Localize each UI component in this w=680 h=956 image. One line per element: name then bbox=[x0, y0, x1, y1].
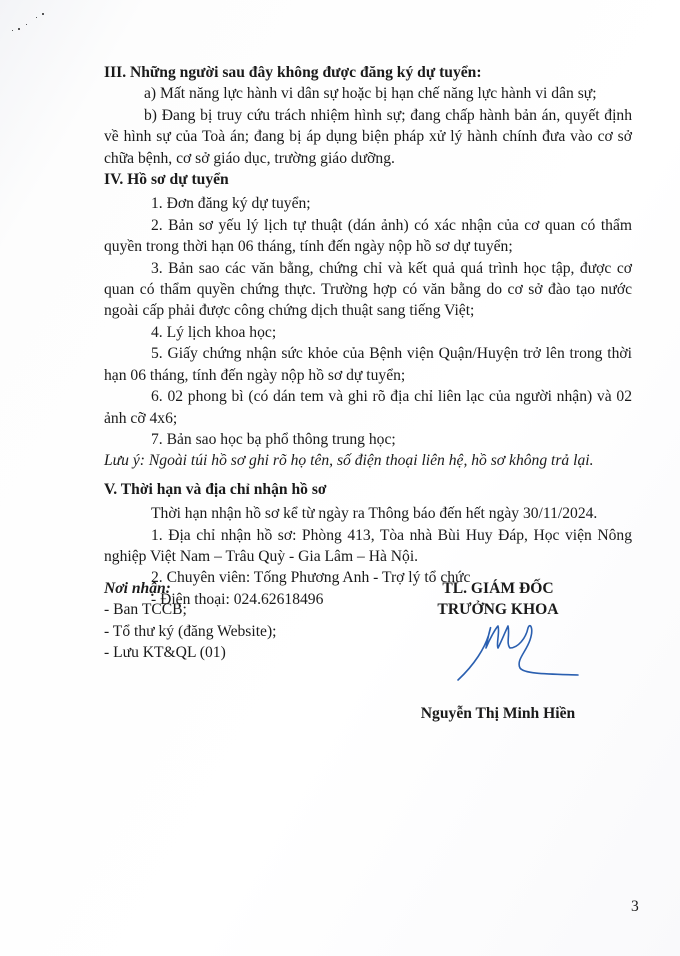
section-iv-item-3: 3. Bản sao các văn bằng, chứng chỉ và kế… bbox=[104, 258, 632, 322]
signature-block: TL. GIÁM ĐỐC TRƯỞNG KHOA bbox=[408, 578, 588, 621]
section-v-address: 1. Địa chỉ nhận hồ sơ: Phòng 413, Tòa nh… bbox=[104, 525, 632, 568]
section-iv-item-5: 5. Giấy chứng nhận sức khỏe của Bệnh việ… bbox=[104, 343, 632, 386]
section-iii-heading: III. Những người sau đây không được đăng… bbox=[104, 62, 632, 83]
section-v-deadline: Thời hạn nhận hồ sơ kể từ ngày ra Thông … bbox=[104, 503, 632, 524]
document-body: III. Những người sau đây không được đăng… bbox=[104, 62, 632, 610]
signer-name: Nguyễn Thị Minh Hiền bbox=[408, 705, 588, 723]
section-iv-item-2: 2. Bản sơ yếu lý lịch tự thuật (dán ảnh)… bbox=[104, 215, 632, 258]
section-iv-item-4: 4. Lý lịch khoa học; bbox=[104, 322, 632, 343]
section-v-heading: V. Thời hạn và địa chỉ nhận hồ sơ bbox=[104, 479, 632, 500]
section-iii-item-b: b) Đang bị truy cứu trách nhiệm hình sự;… bbox=[104, 105, 632, 169]
document-page: III. Những người sau đây không được đăng… bbox=[0, 0, 680, 956]
section-iii-item-a: a) Mất năng lực hành vi dân sự hoặc bị h… bbox=[104, 83, 632, 104]
section-iv-item-7: 7. Bản sao học bạ phổ thông trung học; bbox=[104, 429, 632, 450]
recipient-item: - Tổ thư ký (đăng Website); bbox=[104, 621, 364, 642]
recipient-item: - Ban TCCB; bbox=[104, 599, 364, 620]
signer-role-line1: TL. GIÁM ĐỐC bbox=[408, 578, 588, 599]
section-iv-item-1: 1. Đơn đăng ký dự tuyển; bbox=[104, 193, 632, 214]
page-number: 3 bbox=[631, 898, 639, 916]
section-iv-note: Lưu ý: Ngoài túi hồ sơ ghi rõ họ tên, số… bbox=[104, 450, 632, 471]
handwritten-signature-icon bbox=[448, 618, 588, 688]
recipients-title: Nơi nhận: bbox=[104, 578, 364, 599]
section-iv-heading: IV. Hồ sơ dự tuyển bbox=[104, 169, 632, 190]
section-iv-item-6: 6. 02 phong bì (có dán tem và ghi rõ địa… bbox=[104, 386, 632, 429]
recipient-item: - Lưu KT&QL (01) bbox=[104, 642, 364, 663]
recipients-block: Nơi nhận: - Ban TCCB; - Tổ thư ký (đăng … bbox=[104, 578, 364, 664]
